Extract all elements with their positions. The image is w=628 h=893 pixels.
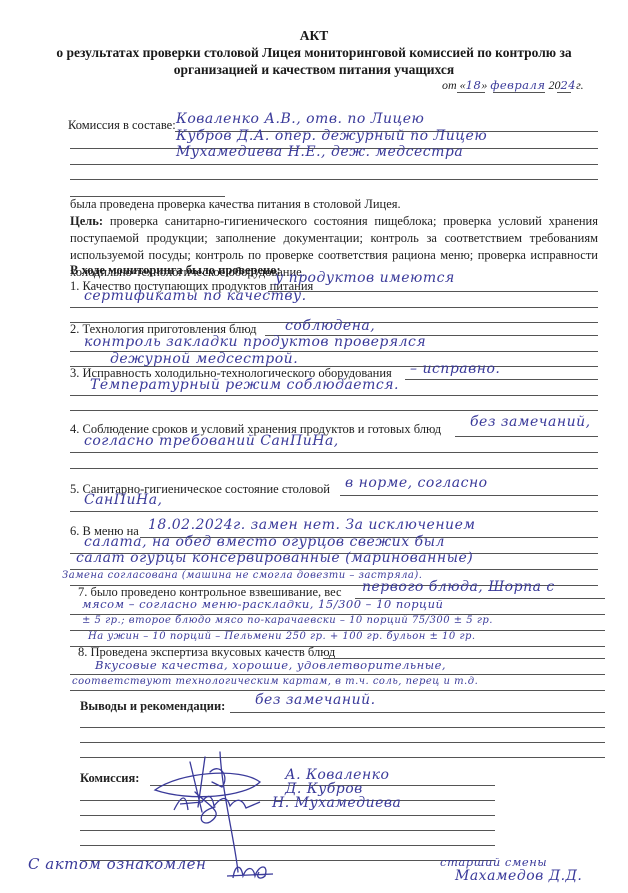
acknowledged-signature <box>225 860 275 887</box>
item-3-answer-2: Температурный режим соблюдается. <box>90 377 399 393</box>
date-quote: » <box>481 78 487 92</box>
goal-label: Цель: <box>70 214 103 228</box>
date-month: февраля <box>490 78 545 92</box>
acknowledged-text: С актом ознакомлен <box>28 855 206 873</box>
date-year-prefix: 20 <box>548 78 560 92</box>
item-7-answer-3: ± 5 гр.; второе блюдо мясо по-карачаевск… <box>82 615 493 626</box>
item-3-answer-1: – исправно. <box>410 361 500 377</box>
item-8-answer-1: Вкусовые качества, хорошие, удовлетворит… <box>95 658 446 672</box>
item-1-answer-1: у продуктов имеются <box>275 270 455 286</box>
item-2-answer-1: соблюдена, <box>285 318 375 334</box>
conclusions-answer: без замечаний. <box>255 692 376 708</box>
checked-heading: В ходе мониторинга было проверено: <box>70 263 281 278</box>
item-6-answer-1: 18.02.2024г. замен нет. За исключением <box>148 517 475 533</box>
item-8-answer-2: соответствуют технологическим картам, в … <box>72 676 478 687</box>
commission-member-2: Кубров Д.А. опер. дежурный по Лицею <box>176 128 487 144</box>
intro-text: была проведена проверка качества питания… <box>70 197 401 212</box>
senior-shift-name: Махамедов Д.Д. <box>455 868 582 884</box>
item-5-answer-2: СанПиНа, <box>84 492 163 508</box>
item-7-answer-1: первого блюда, Шорпа с <box>362 579 555 595</box>
conclusions-label: Выводы и рекомендации: <box>80 699 225 714</box>
date-prefix: от « <box>442 78 466 92</box>
item-1-answer-2: сертификаты по качеству. <box>84 288 307 304</box>
date-suffix: г. <box>576 78 584 92</box>
commission-member-signature-3: Н. Мухамедиева <box>272 795 401 811</box>
date-year: 24 <box>560 78 576 92</box>
item-2-answer-2: контроль закладки продуктов проверялся <box>84 334 426 350</box>
commission-member-3: Мухамедиева Н.Е., деж. медсестра <box>176 144 463 160</box>
commission-member-1: Коваленко А.В., отв. по Лицею <box>176 111 424 127</box>
item-6-answer-3: салат огурцы консервированные (маринован… <box>76 550 473 566</box>
date-field: от «18» февраля 2024г. <box>442 78 584 93</box>
document-title: АКТ <box>0 28 628 44</box>
signatures-label: Комиссия: <box>80 771 139 786</box>
item-5-answer-1: в норме, согласно <box>345 475 488 491</box>
item-7-answer-2: мясом – согласно меню-раскладки, 15/300 … <box>82 597 443 611</box>
document-subtitle-line1: о результатах проверки столовой Лицея мо… <box>0 45 628 61</box>
commission-signature-scribble-2 <box>172 792 262 819</box>
senior-shift-title: старший смены <box>440 855 547 869</box>
item-2-answer-3: дежурной медсестрой. <box>110 351 298 367</box>
document-subtitle-line2: организацией и качеством питания учащихс… <box>0 62 628 78</box>
item-4-answer-2: согласно требований СанПиНа, <box>84 433 339 449</box>
item-6-answer-2: салата, на обед вместо огурцов свежих бы… <box>84 534 445 550</box>
date-day: 18 <box>466 78 482 92</box>
item-7-answer-4: На ужин – 10 порций – Пельмени 250 гр. +… <box>88 631 476 642</box>
commission-label: Комиссия в составе: <box>68 118 176 133</box>
item-4-answer-1: без замечаний, <box>470 414 591 430</box>
